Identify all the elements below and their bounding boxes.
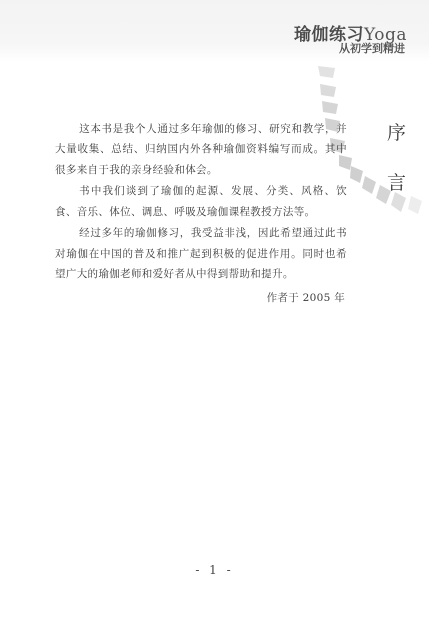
preface-paragraph: 经过多年的瑜伽修习，我受益非浅，因此希望通过此书对瑜伽在中国的普及和推广起到积极… xyxy=(55,223,347,284)
decorative-arc-icon xyxy=(0,0,429,639)
author-signature: 作者于 2005 年 xyxy=(267,290,345,305)
section-title-char-1: 序 xyxy=(387,118,406,145)
section-title-char-2: 言 xyxy=(387,168,406,195)
preface-paragraph: 书中我们谈到了瑜伽的起源、发展、分类、风格、饮食、音乐、体位、调息、呼吸及瑜伽课… xyxy=(55,181,347,222)
preface-paragraph: 这本书是我个人通过多年瑜伽的修习、研究和教学，并大量收集、总结、归纳国内外各种瑜… xyxy=(55,119,347,180)
book-subtitle: 从初学到精进 xyxy=(339,40,405,56)
preface-body: 这本书是我个人通过多年瑜伽的修习、研究和教学，并大量收集、总结、归纳国内外各种瑜… xyxy=(55,119,347,286)
page-number: - 1 - xyxy=(0,563,429,577)
